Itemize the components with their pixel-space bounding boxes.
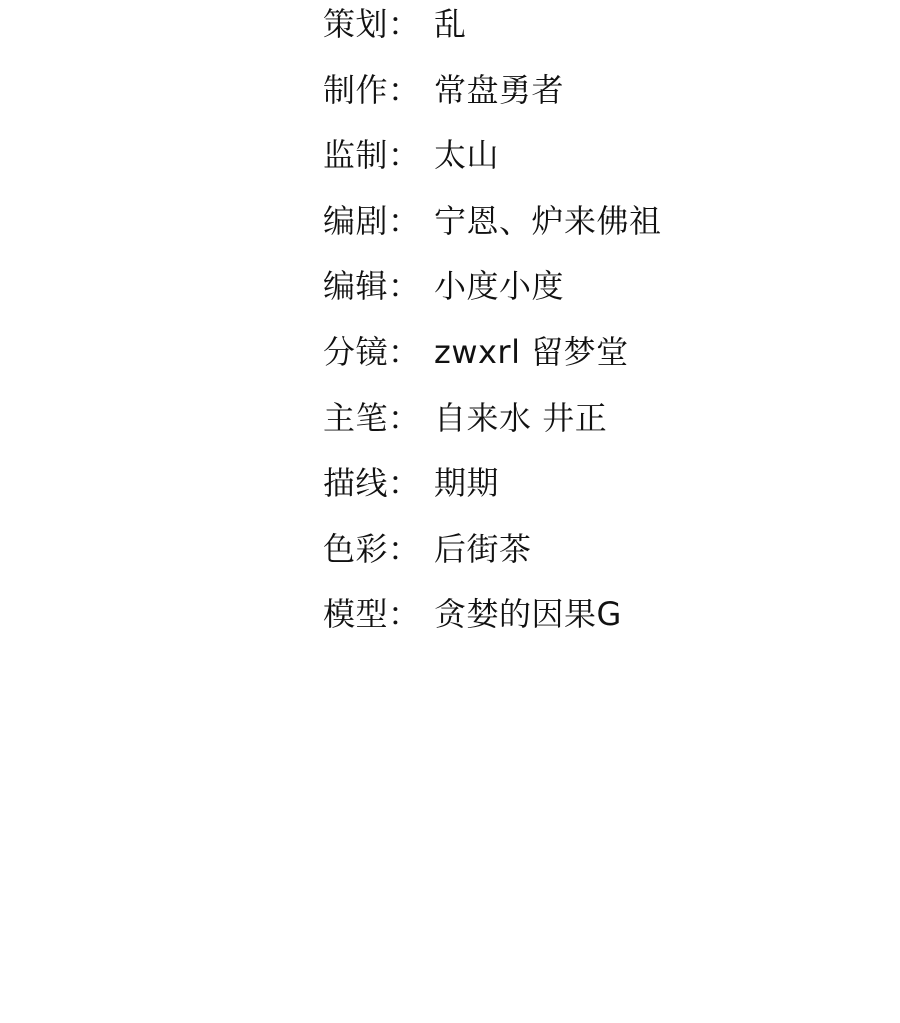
credit-separator: ： bbox=[388, 528, 434, 570]
credit-name: 期期 bbox=[434, 462, 499, 504]
credit-separator: ： bbox=[388, 134, 434, 176]
credit-row-supervisor: 监制：太山 bbox=[323, 134, 662, 200]
credit-separator: ： bbox=[388, 331, 434, 373]
credit-name: 太山 bbox=[434, 134, 499, 176]
credit-name: 宁恩、炉来佛祖 bbox=[434, 200, 662, 242]
credit-row-planning: 策划：乱 bbox=[323, 3, 662, 69]
credit-name: 自来水 井正 bbox=[434, 397, 607, 439]
credit-row-screenwriter: 编剧：宁恩、炉来佛祖 bbox=[323, 200, 662, 266]
credit-role: 分镜 bbox=[323, 331, 388, 373]
credit-name: 常盘勇者 bbox=[434, 69, 564, 111]
credit-separator: ： bbox=[388, 3, 434, 45]
credit-role: 编剧 bbox=[323, 200, 388, 242]
credit-separator: ： bbox=[388, 265, 434, 307]
credit-role: 制作 bbox=[323, 69, 388, 111]
credit-row-modeling: 模型：贪婪的因果G bbox=[323, 593, 662, 659]
credit-row-production: 制作：常盘勇者 bbox=[323, 69, 662, 135]
credit-role: 描线 bbox=[323, 462, 388, 504]
credit-name: 后街茶 bbox=[434, 528, 532, 570]
credit-separator: ： bbox=[388, 397, 434, 439]
credit-role: 编辑 bbox=[323, 265, 388, 307]
credits-list: 策划：乱 制作：常盘勇者 监制：太山 编剧：宁恩、炉来佛祖 编辑：小度小度 分镜… bbox=[323, 3, 662, 659]
credit-role: 模型 bbox=[323, 593, 388, 635]
credit-row-editor: 编辑：小度小度 bbox=[323, 265, 662, 331]
credit-row-lead-artist: 主笔：自来水 井正 bbox=[323, 397, 662, 463]
credit-separator: ： bbox=[388, 200, 434, 242]
credit-role: 色彩 bbox=[323, 528, 388, 570]
credit-separator: ： bbox=[388, 462, 434, 504]
credit-row-coloring: 色彩：后街茶 bbox=[323, 528, 662, 594]
credit-row-line-art: 描线：期期 bbox=[323, 462, 662, 528]
credit-role: 监制 bbox=[323, 134, 388, 176]
credit-name: 乱 bbox=[434, 3, 467, 45]
credit-row-storyboard: 分镜：zwxrl 留梦堂 bbox=[323, 331, 662, 397]
credit-role: 策划 bbox=[323, 3, 388, 45]
credit-name: 小度小度 bbox=[434, 265, 564, 307]
credit-name: zwxrl 留梦堂 bbox=[434, 331, 629, 373]
credit-separator: ： bbox=[388, 593, 434, 635]
credit-separator: ： bbox=[388, 69, 434, 111]
credit-role: 主笔 bbox=[323, 397, 388, 439]
credit-name: 贪婪的因果G bbox=[434, 593, 622, 635]
